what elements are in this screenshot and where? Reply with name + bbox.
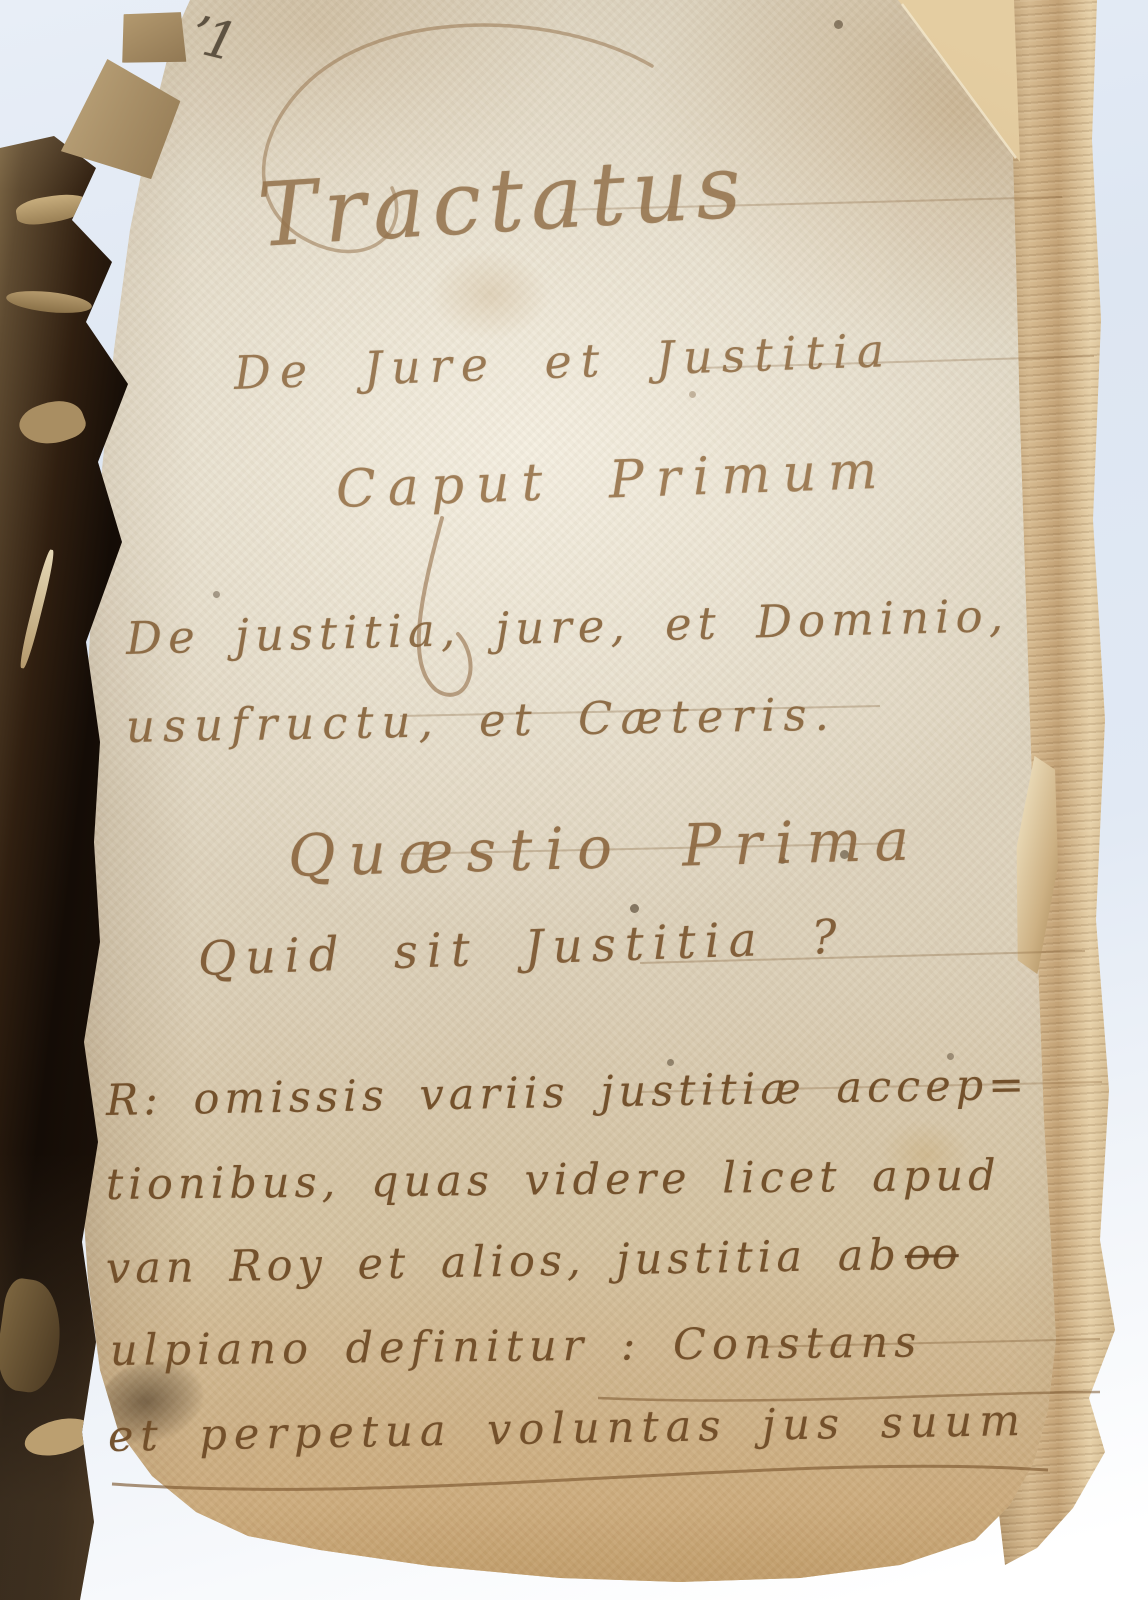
underlined-word-constans: Constans <box>673 1317 923 1370</box>
torn-page-fragment <box>0 1276 68 1395</box>
torn-page-fragment <box>15 392 90 453</box>
answer-line-4-prefix: ulpiano definitur : <box>110 1320 674 1376</box>
foxing-stain <box>430 250 550 340</box>
torn-page-fragment <box>5 288 93 317</box>
torn-page-fragment <box>21 1412 97 1462</box>
ink-specks <box>0 0 5 5</box>
answer-line-2: tionibus, quas videre licet apud <box>106 1151 1001 1210</box>
strikeout-scribble: oo <box>904 1229 959 1280</box>
binding-thread <box>17 549 56 670</box>
manuscript-photo: ’1 Tractatus De Jure et Justitia Caput P… <box>0 0 1148 1600</box>
answer-line-4: ulpiano definitur : Constans <box>110 1317 923 1376</box>
torn-page-fragment <box>14 190 91 227</box>
